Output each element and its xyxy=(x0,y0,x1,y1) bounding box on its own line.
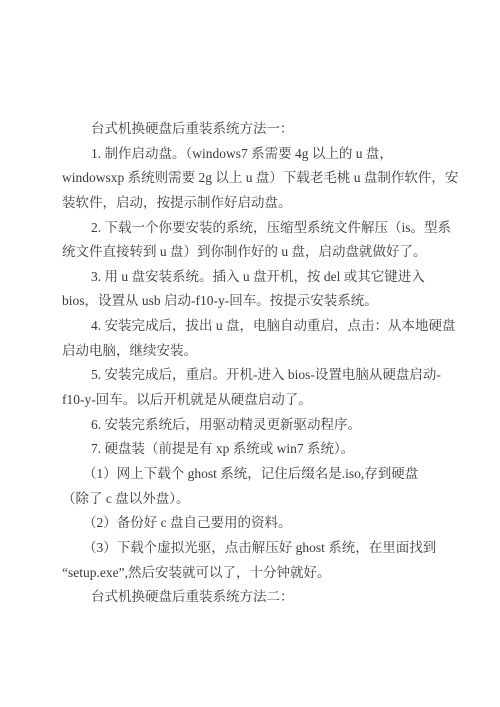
text-line: 统文件直接转到 u 盘）到你制作好的 u 盘，启动盘就做好了。 xyxy=(62,240,444,265)
text-line: 2. 下载一个你要安装的系统，压缩型系统文件解压（is。型系 xyxy=(62,216,444,241)
text-line: windowsxp 系统则需要 2g 以上 u 盘）下载老毛桃 u 盘制作软件，… xyxy=(62,166,444,191)
text-line: bios，设置从 usb 启动-f10-y-回车。按提示安装系统。 xyxy=(62,289,444,314)
text-line: （1）网上下载个 ghost 系统，记住后缀名是.iso,存到硬盘 xyxy=(62,462,444,487)
text-line: 4. 安装完成后，拔出 u 盘，电脑自动重启，点击：从本地硬盘 xyxy=(62,314,444,339)
text-line: （2）备份好 c 盘自己要用的资料。 xyxy=(62,511,444,536)
text-line: （除了 c 盘以外盘）。 xyxy=(62,487,444,512)
document-text-block: 台式机换硬盘后重装系统方法一： 1. 制作启动盘。（windows7 系需要 4… xyxy=(62,117,444,610)
text-line: 6. 安装完系统后，用驱动精灵更新驱动程序。 xyxy=(62,413,444,438)
text-line-method-one-title: 台式机换硬盘后重装系统方法一： xyxy=(62,117,444,142)
text-line: 3. 用 u 盘安装系统。插入 u 盘开机，按 del 或其它键进入 xyxy=(62,265,444,290)
text-line: 装软件，启动，按提示制作好启动盘。 xyxy=(62,191,444,216)
text-line: f10-y-回车。以后开机就是从硬盘启动了。 xyxy=(62,388,444,413)
text-line: 5. 安装完成后，重启。开机-进入 bios-设置电脑从硬盘启动- xyxy=(62,363,444,388)
text-line: “setup.exe”,然后安装就可以了，十分钟就好。 xyxy=(62,561,444,586)
text-line: 启动电脑，继续安装。 xyxy=(62,339,444,364)
document-page: 台式机换硬盘后重装系统方法一： 1. 制作启动盘。（windows7 系需要 4… xyxy=(0,0,500,707)
text-line-method-two-title: 台式机换硬盘后重装系统方法二： xyxy=(62,585,444,610)
text-line: （3）下载个虚拟光驱，点击解压好 ghost 系统，在里面找到 xyxy=(62,536,444,561)
text-line: 1. 制作启动盘。（windows7 系需要 4g 以上的 u 盘， xyxy=(62,142,444,167)
text-line: 7. 硬盘装（前提是有 xp 系统或 win7 系统）。 xyxy=(62,437,444,462)
